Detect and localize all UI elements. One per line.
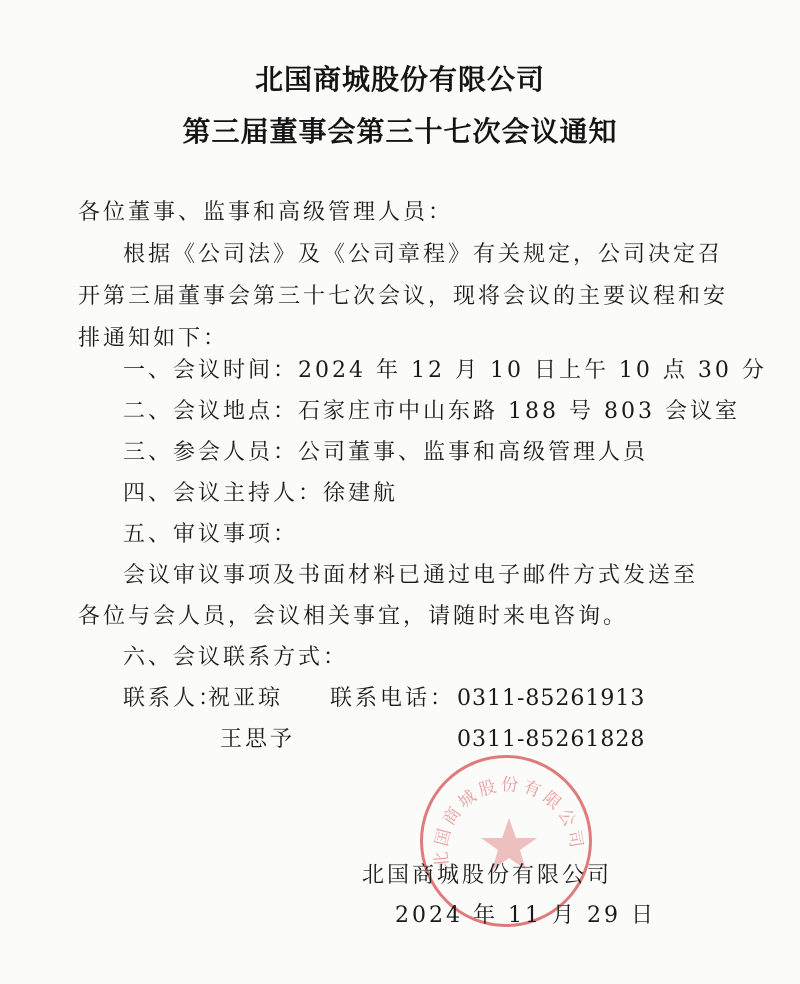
intro-line: 排通知如下： (78, 324, 228, 354)
agenda-item-attendees: 三、参会人员：公司董事、监事和高级管理人员 (123, 438, 648, 468)
contact-heading: 六、会议联系方式： (123, 643, 348, 673)
contact-phone-label: 联系电话： (330, 684, 455, 714)
review-line: 会议审议事项及书面材料已通过电子邮件方式发送至 (123, 561, 698, 591)
contact-name: 王思予 (220, 725, 295, 755)
salutation: 各位董事、监事和高级管理人员： (78, 198, 453, 228)
intro-line: 根据《公司法》及《公司章程》有关规定，公司决定召 (123, 240, 723, 270)
contact-name: 祝亚琼 (208, 684, 283, 714)
contact-phone: 0311-85261913 (457, 684, 645, 714)
agenda-item-review: 五、审议事项： (123, 520, 298, 550)
agenda-item-host: 四、会议主持人：徐建航 (123, 479, 398, 509)
notice-title: 第三届董事会第三十七次会议通知 (0, 110, 800, 150)
signature-date: 2024 年 11 月 29 日 (395, 898, 656, 929)
intro-line: 开第三届董事会第三十七次会议，现将会议的主要议程和安 (78, 282, 728, 312)
agenda-item-location: 二、会议地点：石家庄市中山东路 188 号 803 会议室 (123, 397, 740, 427)
agenda-item-time: 一、会议时间：2024 年 12 月 10 日上午 10 点 30 分 (123, 356, 767, 386)
review-line: 各位与会人员，会议相关事宜，请随时来电咨询。 (78, 602, 628, 632)
signature-company: 北国商城股份有限公司 (362, 858, 612, 889)
company-name-heading: 北国商城股份有限公司 (0, 58, 800, 98)
contact-phone: 0311-85261828 (457, 725, 645, 755)
